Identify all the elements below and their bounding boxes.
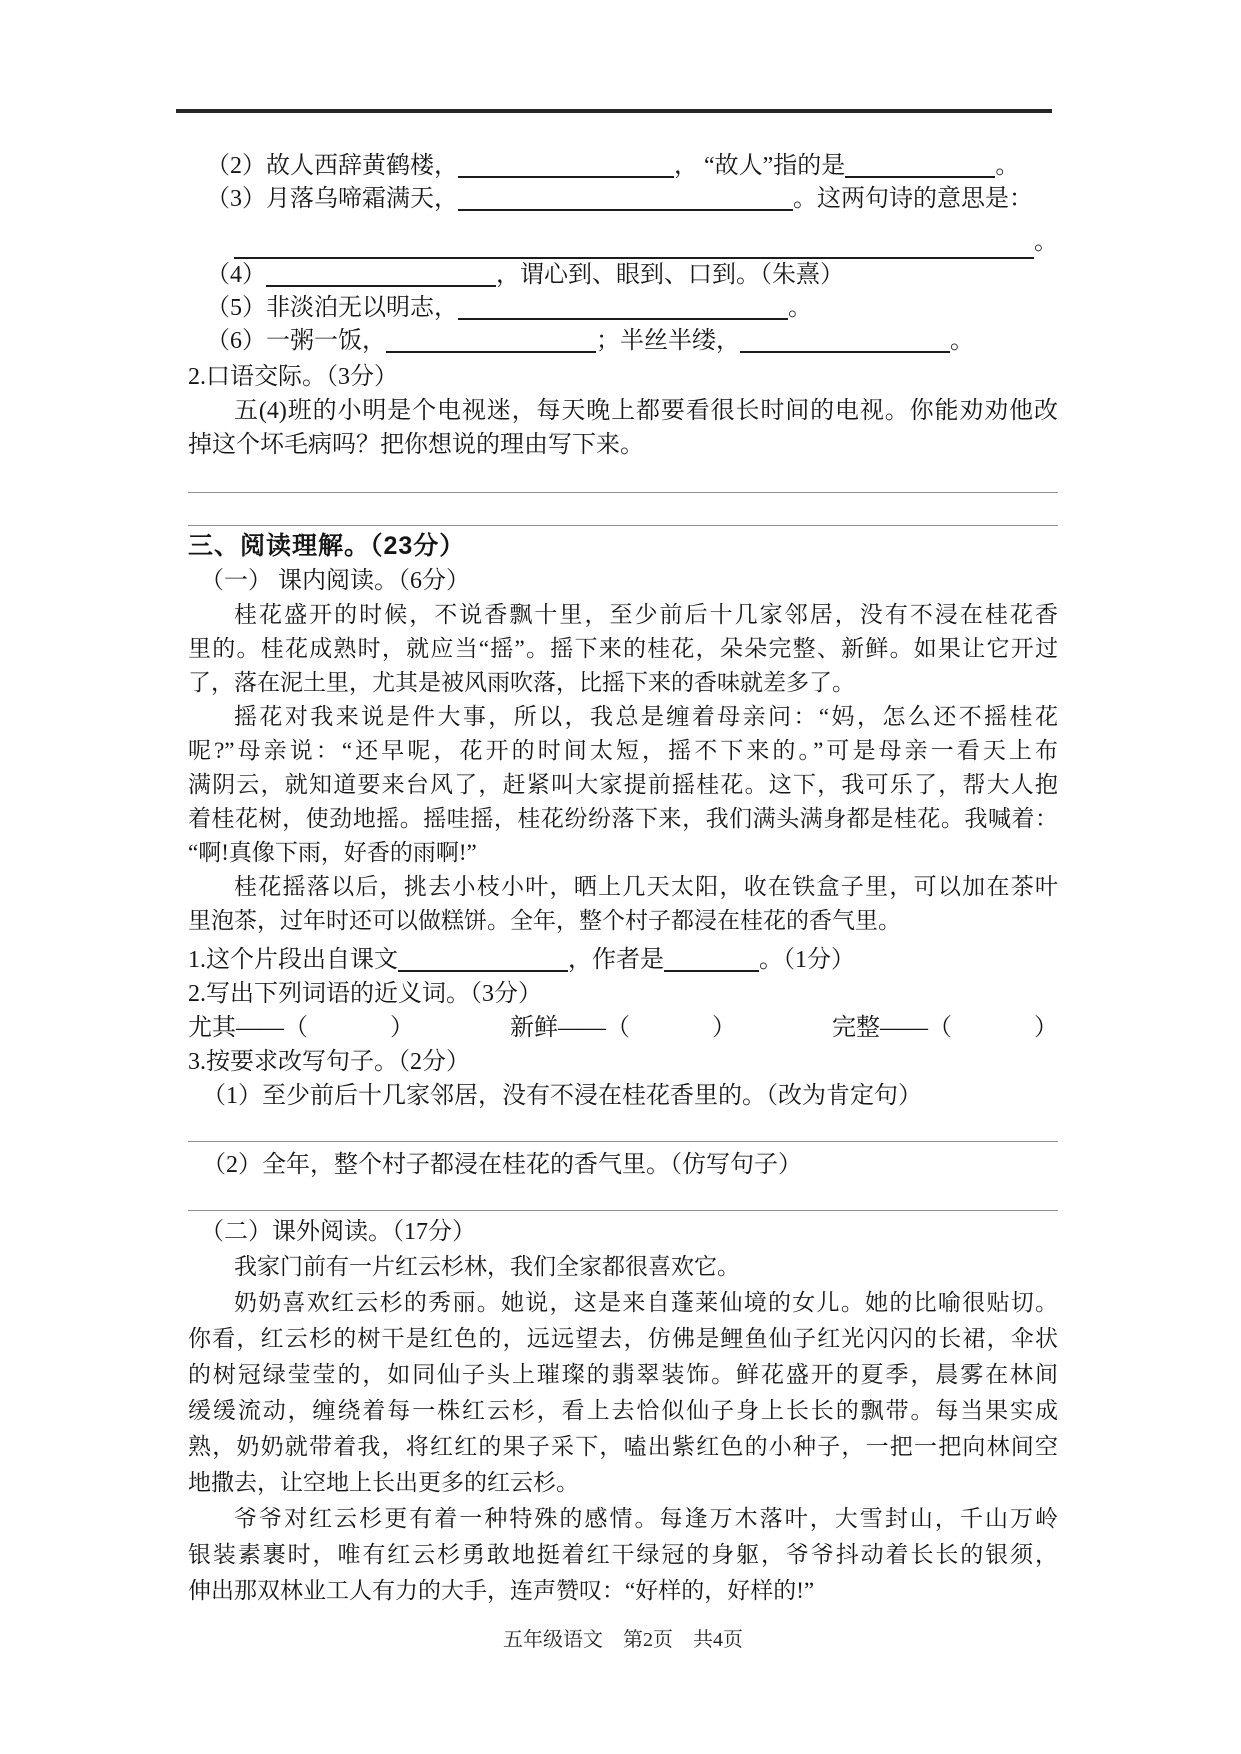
blank-line xyxy=(398,945,568,972)
item-text: 。这两句诗的意思是： xyxy=(793,186,1033,212)
passage-line: 我家门前有一片红云杉林，我们全家都很喜欢它。 xyxy=(188,1249,1058,1285)
oral-body-line: 掉这个坏毛病吗？把你想说的理由写下来。 xyxy=(188,428,1058,462)
passage-line: 缓缓流动，缠绕着每一株红云杉，看上去恰似仙子身上长长的飘带。每当果实成 xyxy=(188,1393,1058,1429)
passage-line: 满阴云，就知道要来台风了，赶紧叫大家提前摇桂花。这下，我可乐了，帮大人抱 xyxy=(188,768,1058,802)
question-1: 1.这个片段出自课文，作者是。（1分） xyxy=(188,944,1058,977)
item-text: 非淡泊无以明志， xyxy=(266,295,458,321)
synonym-word: 尤其——（ xyxy=(188,1015,308,1041)
item-number: （2） xyxy=(206,153,266,179)
blank-line xyxy=(664,945,759,972)
synonym-item: 完整——（） xyxy=(832,1011,1058,1045)
synonym-row: 尤其——（） 新鲜——（） 完整——（） xyxy=(188,1011,1058,1045)
passage-line: “啊!真像下雨，好香的雨啊!” xyxy=(188,836,1058,870)
passage-line: 桂花盛开的时候，不说香飘十里，至少前后十几家邻居，没有不浸在桂花香 xyxy=(188,598,1058,632)
item-number: （5） xyxy=(206,295,266,321)
bracket-close: ） xyxy=(390,1015,414,1041)
passage-line: 桂花摇落以后，挑去小枝小叶，晒上几天太阳，收在铁盒子里，可以加在茶叶 xyxy=(188,870,1058,904)
question-text: ，作者是 xyxy=(568,947,664,973)
bracket-close: ） xyxy=(1034,1015,1058,1041)
question-2-heading: 2.写出下列词语的近义词。（3分） xyxy=(188,977,1058,1011)
question-text: 。（1分） xyxy=(759,947,855,973)
passage-line: 里泡茶，过年时还可以做糕饼。全年，整个村子都浸在桂花的香气里。 xyxy=(188,904,1058,938)
item-text: 故人西辞黄鹤楼， xyxy=(266,153,458,179)
item-text: ；半丝半缕， xyxy=(596,328,740,354)
synonym-item: 尤其——（） xyxy=(188,1011,414,1045)
recitation-fill-list: （2）故人西辞黄鹤楼，， “故人”指的是。 （3）月落乌啼霜满天，。这两句诗的意… xyxy=(188,150,1058,358)
passage-line: 着桂花树，使劲地摇。摇哇摇，桂花纷纷落下来，我们满头满身都是桂花。我喊着： xyxy=(188,802,1058,836)
fill-item-4: （4），谓心到、眼到、口到。（朱熹） xyxy=(188,259,1058,292)
fill-item-2: （2）故人西辞黄鹤楼，， “故人”指的是。 xyxy=(188,150,1058,183)
blank-line xyxy=(266,260,496,287)
blank-line xyxy=(458,151,674,178)
fill-item-3: （3）月落乌啼霜满天，。这两句诗的意思是： xyxy=(188,183,1058,216)
question-3-item-2: （2）全年，整个村子都浸在桂花的香气里。（仿写句子） xyxy=(188,1148,1058,1182)
passage-line: 你看，红云杉的树干是红色的，远远望去，仿佛是鲤鱼仙子红光闪闪的长裙，伞状 xyxy=(188,1321,1058,1357)
passage-line: 里的。桂花成熟时，就应当“摇”。摇下来的桂花，朵朵完整、新鲜。如果让它开过 xyxy=(188,632,1058,666)
answer-line xyxy=(188,1182,1058,1211)
exam-page: （2）故人西辞黄鹤楼，， “故人”指的是。 （3）月落乌啼霜满天，。这两句诗的意… xyxy=(0,0,1241,1754)
page-footer: 五年级语文 第2页 共4页 xyxy=(188,1625,1058,1655)
item-text: ，谓心到、眼到、口到。（朱熹） xyxy=(496,262,844,288)
part1-heading: （一） 课内阅读。（6分） xyxy=(188,564,1058,598)
item-text: 。 xyxy=(950,328,974,354)
item-number: （6） xyxy=(206,328,266,354)
part2-heading: （二）课外阅读。（17分） xyxy=(188,1215,1058,1249)
blank-line xyxy=(458,293,788,320)
passage-line: 爷爷对红云杉更有着一种特殊的感情。每逢万木落叶，大雪封山，千山万岭 xyxy=(188,1501,1058,1537)
answer-line xyxy=(188,464,1058,493)
page-content: （2）故人西辞黄鹤楼，， “故人”指的是。 （3）月落乌啼霜满天，。这两句诗的意… xyxy=(188,0,1058,1655)
fill-item-3-continuation: 。 xyxy=(188,226,1058,259)
question-3-item-1: （1）至少前后十几家邻居，没有不浸在桂花香里的。（改为肯定句） xyxy=(188,1079,1058,1113)
oral-communication-heading: 2.口语交际。（3分） xyxy=(188,360,1058,394)
item-text: 。 xyxy=(995,153,1019,179)
item-text: 月落乌啼霜满天， xyxy=(266,186,458,212)
fill-item-6: （6）一粥一饭，；半丝半缕，。 xyxy=(188,325,1058,358)
passage-line: 伸出那双林业工人有力的大手，连声赞叹：“好样的，好样的!” xyxy=(188,1573,1058,1609)
blank-line xyxy=(234,229,1034,259)
bracket-close: ） xyxy=(712,1015,736,1041)
passage-line: 银装素裹时，唯有红云杉勇敢地挺着红干绿冠的身躯，爷爷抖动着长长的银须， xyxy=(188,1537,1058,1573)
passage-line: 呢?”母亲说：“还早呢，花开的时间太短，摇不下来的。”可是母亲一看天上布 xyxy=(188,734,1058,768)
synonym-item: 新鲜——（） xyxy=(510,1011,736,1045)
synonym-word: 新鲜——（ xyxy=(510,1015,630,1041)
blank-line xyxy=(386,326,596,353)
blank-line xyxy=(740,326,950,353)
fill-item-5: （5）非淡泊无以明志，。 xyxy=(188,292,1058,325)
blank-line xyxy=(845,151,995,178)
item-number: （3） xyxy=(206,186,266,212)
oral-body-line: 五(4)班的小明是个电视迷，每天晚上都要看很长时间的电视。你能劝劝他改 xyxy=(188,394,1058,428)
item-number: （4） xyxy=(206,262,266,288)
section-heading-reading: 三、阅读理解。（23分） xyxy=(188,528,1058,564)
blank-line xyxy=(458,184,793,211)
question-text: 1.这个片段出自课文 xyxy=(188,947,398,973)
item-text: 。 xyxy=(1034,226,1058,259)
passage-line: 的树冠绿莹莹的，如同仙子头上璀璨的翡翠装饰。鲜花盛开的夏季，晨雾在林间 xyxy=(188,1357,1058,1393)
question-3-heading: 3.按要求改写句子。（2分） xyxy=(188,1045,1058,1079)
synonym-word: 完整——（ xyxy=(832,1015,952,1041)
passage-line: 熟，奶奶就带着我，将红红的果子采下，嗑出紫红色的小种子，一把一把向林间空 xyxy=(188,1429,1058,1465)
item-text: 。 xyxy=(788,295,812,321)
item-text: 一粥一饭， xyxy=(266,328,386,354)
answer-line xyxy=(188,1113,1058,1142)
passage-line: 地撒去，让空地上长出更多的红云杉。 xyxy=(188,1465,1058,1501)
passage-line: 了，落在泥土里，尤其是被风雨吹落，比摇下来的香味就差多了。 xyxy=(188,666,1058,700)
answer-line xyxy=(188,493,1058,526)
passage-line: 摇花对我来说是件大事，所以，我总是缠着母亲问：“妈，怎么还不摇桂花 xyxy=(188,700,1058,734)
passage-line: 奶奶喜欢红云杉的秀丽。她说，这是来自蓬莱仙境的女儿。她的比喻很贴切。 xyxy=(188,1285,1058,1321)
item-text: ， “故人”指的是 xyxy=(674,153,845,179)
